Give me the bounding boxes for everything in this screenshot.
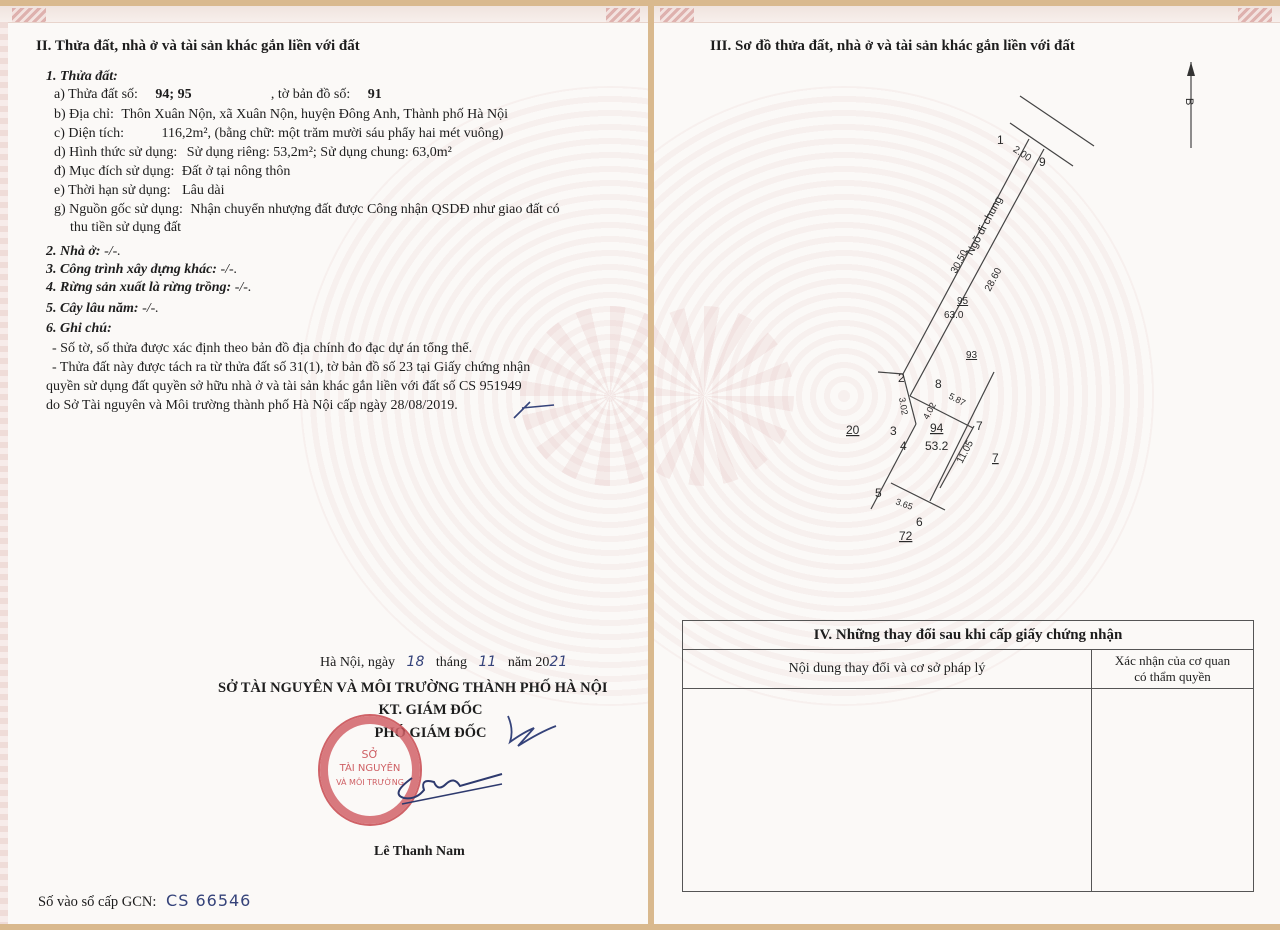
col-header-changes: Nội dung thay đổi và cơ sở pháp lý [683,650,1092,688]
other-construction-value: -/-. [220,262,237,277]
house-label: 2. Nhà ở: [46,244,101,259]
origin-value-cont: thu tiền sử dụng đất [70,220,181,236]
vertex-label: 4 [900,439,907,453]
area-value: 116,2m², (bằng chữ: một trăm mười sáu ph… [161,126,503,141]
vertex-label: 9 [1039,155,1046,169]
purpose-row: đ) Mục đích sử dụng: Đất ở tại nông thôn [54,164,290,180]
term-label: e) Thời hạn sử dụng: [54,183,171,198]
registry-value: CS 66546 [166,891,251,910]
perennial-row: 5. Cây lâu năm: -/-. [46,301,159,317]
origin-value: Nhận chuyển nhượng đất được Công nhận QS… [190,202,559,217]
parcel-number-94: 94 [930,421,944,435]
section-title: II. Thửa đất, nhà ở và tài sản khác gắn … [36,38,360,55]
edge-length: 4.02 [921,401,938,421]
signer-name: Lê Thanh Nam [374,844,465,860]
area-row: c) Diện tích: 116,2m², (bằng chữ: một tr… [54,126,503,142]
map-sheet-value: 91 [368,87,382,102]
edge-length: 3.65 [894,496,914,511]
edge-length: 28.60 [983,266,1005,294]
border-corner-ornament [12,8,46,22]
purpose-value: Đất ở tại nông thôn [182,164,291,179]
registry-row: Số vào sổ cấp GCN: CS 66546 [38,891,251,911]
decorative-side-border [0,22,8,924]
place-date: Hà Nội, ngày 18 tháng 11 năm 2021 [320,654,567,671]
forest-row: 4. Rừng sản xuất là rừng trồng: -/-. [46,280,251,296]
signature [390,764,510,814]
on-behalf-title: KT. GIÁM ĐỐC [218,702,643,719]
position-title: PHÓ GIÁM ĐỐC [218,725,643,742]
parcel-area-94: 53.2 [925,439,949,453]
changes-table: IV. Những thay đổi sau khi cấp giấy chứn… [682,620,1254,892]
note-line: quyền sử dụng đất quyền sở hữu nhà ở và … [46,379,522,395]
parcel-row: a) Thửa đất số: 94; 95 , tờ bản đồ số: 9… [54,87,382,103]
vertex-label: 2 [898,371,905,385]
note-line: - Thửa đất này được tách ra từ thửa đất … [52,360,530,376]
stamp-text: SỞ [320,748,420,761]
purpose-label: đ) Mục đích sử dụng: [54,164,174,179]
month-label: tháng [436,655,467,670]
col-header-confirmation: Xác nhận của cơ quancó thẩm quyền [1092,650,1253,688]
border-corner-ornament [606,8,640,22]
edge-length: 3.02 [897,397,910,416]
area-label: c) Diện tích: [54,126,124,141]
term-row: e) Thời hạn sử dụng: Lâu dài [54,183,224,199]
notes-heading: 6. Ghi chú: [46,321,112,337]
usage-form-row: d) Hình thức sử dụng: Sử dụng riêng: 53,… [54,145,452,161]
initial-mark [508,398,558,424]
note-line: do Sở Tài nguyên và Môi trường thành phố… [46,398,458,414]
forest-value: -/-. [235,280,252,295]
vertex-label: 1 [997,133,1004,147]
vertex-label: 5 [875,486,882,500]
registry-label: Số vào sổ cấp GCN: [38,894,156,910]
address-value: Thôn Xuân Nộn, xã Xuân Nộn, huyện Đông A… [121,107,508,122]
changes-cell [683,689,1092,891]
changes-table-title: IV. Những thay đổi sau khi cấp giấy chứn… [683,621,1253,650]
address-label: b) Địa chỉ: [54,107,114,122]
edge-length: 2.00 [1011,144,1034,164]
origin-row: g) Nguồn gốc sử dụng: Nhận chuyển nhượng… [54,202,560,218]
forest-label: 4. Rừng sản xuất là rừng trồng: [46,280,231,295]
initials-signature [500,708,560,758]
neighbor-parcel: 7 [992,451,999,465]
parcel-number-95: 95 [957,296,969,307]
vertex-label: 7 [976,419,983,433]
other-construction-label: 3. Công trình xây dựng khác: [46,262,217,277]
day-value: 18 [407,654,425,670]
year-value: 21 [549,654,567,670]
note-line: - Số tờ, số thửa được xác định theo bản … [52,341,472,357]
confirmation-cell [1092,689,1253,891]
place-date-prefix: Hà Nội, ngày [320,655,395,670]
perennial-label: 5. Cây lâu năm: [46,301,139,316]
year-label: năm 20 [508,655,550,670]
parcel-sketch-map: B 1 2.00 9 Ngõ đi chung 30.50 28.60 95 6… [654,6,1280,606]
parcel-value: 94; 95 [155,87,267,103]
usage-form-label: d) Hình thức sử dụng: [54,145,177,160]
perennial-value: -/-. [142,301,159,316]
changes-table-body [683,689,1253,891]
parcel-label: a) Thửa đất số: [54,87,138,102]
certificate-left-page: II. Thửa đất, nhà ở và tài sản khác gắn … [0,6,648,924]
decorative-border [0,6,648,23]
neighbor-parcel: 20 [846,423,860,437]
usage-form-value: Sử dụng riêng: 53,2m²; Sử dụng chung: 63… [187,145,452,160]
edge-length: 30.50 [949,248,971,276]
land-heading: 1. Thửa đất: [46,69,118,85]
map-sheet-label: , tờ bản đồ số: [271,87,350,102]
house-row: 2. Nhà ở: -/-. [46,244,121,260]
term-value: Lâu dài [182,183,224,198]
month-value: 11 [478,654,496,670]
vertex-label: 6 [916,515,923,529]
address-row: b) Địa chỉ: Thôn Xuân Nộn, xã Xuân Nộn, … [54,107,508,123]
house-value: -/-. [104,244,121,259]
edge-length: 5.87 [947,391,967,408]
road-label: Ngõ đi chung [964,195,1005,258]
neighbor-parcel: 72 [899,529,913,543]
vertex-label: 3 [890,424,897,438]
other-construction-row: 3. Công trình xây dựng khác: -/-. [46,262,237,278]
agency-name: SỞ TÀI NGUYÊN VÀ MÔI TRƯỜNG THÀNH PHỐ HÀ… [218,680,608,697]
vertex-label: 8 [935,377,942,391]
origin-label: g) Nguồn gốc sử dụng: [54,202,183,217]
parcel-area-95: 63.0 [944,310,964,321]
neighbor-parcel: 93 [966,350,978,361]
changes-table-header: Nội dung thay đổi và cơ sở pháp lý Xác n… [683,650,1253,689]
north-label: B [1183,98,1195,105]
